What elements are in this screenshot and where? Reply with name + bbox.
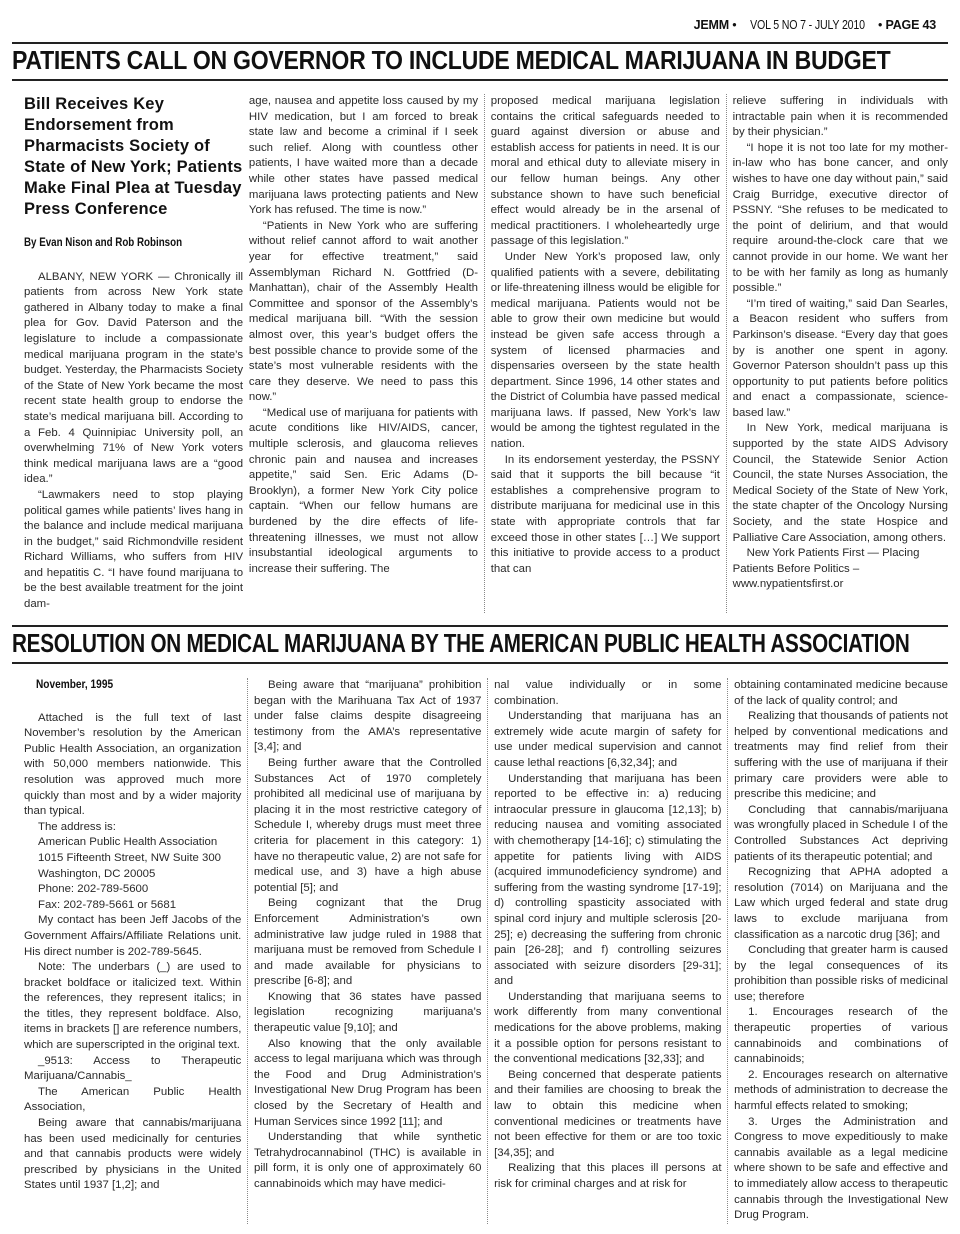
article1-headline: PATIENTS CALL ON GOVERNOR TO INCLUDE MED…	[12, 47, 859, 76]
article1-body: Bill Receives Key Endorsement from Pharm…	[12, 94, 948, 613]
paragraph: Understanding that marijuana has been re…	[494, 772, 721, 990]
paragraph: nal value individually or in some combin…	[494, 678, 721, 709]
paragraph: obtaining contaminated medicine because …	[734, 678, 948, 709]
paragraph: My contact has been Jeff Jacobs of the G…	[24, 913, 241, 960]
article1-deck: Bill Receives Key Endorsement from Pharm…	[24, 94, 243, 220]
paragraph: In its endorsement yesterday, the PSSNY …	[491, 453, 720, 578]
paragraph: “I’m tired of waiting,” said Dan Searles…	[733, 297, 948, 422]
paragraph: “I hope it is not too late for my mother…	[733, 141, 948, 297]
paragraph: “Medical use of marijuana for patients w…	[249, 406, 478, 578]
paragraph: Under New York’s proposed law, only qual…	[491, 250, 720, 453]
article2-body: November, 1995 Attached is the full text…	[12, 678, 948, 1224]
paragraph: relieve suffering in individuals with in…	[733, 94, 948, 141]
article2-column-4: obtaining contaminated medicine because …	[734, 678, 948, 1224]
paragraph: Recognizing that APHA adopted a resoluti…	[734, 865, 948, 943]
resolution-title: _9513: Access to Therapeutic Marijuana/C…	[24, 1054, 241, 1085]
paragraph: Being further aware that the Controlled …	[254, 756, 481, 896]
article2-column-2: Being aware that “marijuana” prohibition…	[254, 678, 481, 1224]
paragraph: age, nausea and appetite loss caused by …	[249, 94, 478, 219]
address-line: American Public Health Association	[24, 835, 241, 851]
article1-column-4: relieve suffering in individuals with in…	[733, 94, 948, 613]
resolution-item: 1. Encourages research of the therapeuti…	[734, 1005, 948, 1067]
paragraph: Also knowing that the only available acc…	[254, 1037, 481, 1131]
fax-number: Fax: 202-789-5661 or 5681	[24, 898, 241, 914]
headline-rule-top	[12, 625, 948, 627]
publication-name: JEMM	[694, 18, 729, 32]
paragraph: Realizing that this places ill persons a…	[494, 1161, 721, 1192]
article1-column-3: proposed medical marijuana legislation c…	[491, 94, 720, 613]
article2-dateline: November, 1995	[36, 678, 217, 694]
resolution-item: 2. Encourages research on alternative me…	[734, 1068, 948, 1115]
paragraph: Understanding that marijuana seems to wo…	[494, 990, 721, 1068]
paragraph: In New York, medical marijuana is suppor…	[733, 421, 948, 546]
headline-rule-bottom	[12, 79, 948, 81]
issue-info: VOL 5 NO 7 - JULY 2010	[750, 18, 865, 32]
article1-column-2: age, nausea and appetite loss caused by …	[249, 94, 478, 613]
paragraph: Concluding that cannabis/marijuana was w…	[734, 803, 948, 865]
headline-rule-bottom	[12, 662, 948, 664]
paragraph: Being concerned that desperate patients …	[494, 1068, 721, 1162]
phone-number: Phone: 202-789-5600	[24, 882, 241, 898]
article1-column-1: Bill Receives Key Endorsement from Pharm…	[12, 94, 243, 613]
address-line: Washington, DC 20005	[24, 867, 241, 883]
article2-column-3: nal value individually or in some combin…	[494, 678, 721, 1224]
address-line: 1015 Fifteenth Street, NW Suite 300	[24, 851, 241, 867]
article1-byline: By Evan Nison and Rob Robinson	[24, 236, 210, 252]
paragraph: Being aware that “marijuana” prohibition…	[254, 678, 481, 756]
address-label: The address is:	[24, 820, 241, 836]
paragraph: Note: The underbars (_) are used to brac…	[24, 960, 241, 1054]
separator: •	[878, 18, 882, 32]
resolution-item: 3. Urges the Administration and Congress…	[734, 1115, 948, 1224]
paragraph: Understanding that while synthetic Tetra…	[254, 1130, 481, 1192]
separator: •	[732, 18, 736, 32]
paragraph: Realizing that thousands of patients not…	[734, 709, 948, 803]
paragraph: “Lawmakers need to stop playing politica…	[24, 488, 243, 613]
paragraph: Being cognizant that the Drug Enforcemen…	[254, 896, 481, 990]
paragraph: Concluding that greater harm is caused b…	[734, 943, 948, 1005]
paragraph: proposed medical marijuana legislation c…	[491, 94, 720, 250]
article2-column-1: November, 1995 Attached is the full text…	[12, 678, 241, 1224]
paragraph: Knowing that 36 states have passed legis…	[254, 990, 481, 1037]
paragraph: ALBANY, NEW YORK — Chronically ill patie…	[24, 270, 243, 488]
paragraph: Being aware that cannabis/marijuana has …	[24, 1116, 241, 1194]
page-number: PAGE 43	[886, 18, 936, 32]
paragraph: Understanding that marijuana has an extr…	[494, 709, 721, 771]
paragraph: The American Public Health Association,	[24, 1085, 241, 1116]
paragraph: Attached is the full text of last Novemb…	[24, 711, 241, 820]
article2-headline: RESOLUTION ON MEDICAL MARIJUANA BY THE A…	[12, 630, 770, 659]
paragraph: “Patients in New York who are suffering …	[249, 219, 478, 406]
paragraph: New York Patients First — Placing Patien…	[733, 546, 948, 593]
headline-rule-top	[12, 42, 948, 44]
page-folio: JEMM • VOL 5 NO 7 - JULY 2010 • PAGE 43	[694, 18, 936, 32]
